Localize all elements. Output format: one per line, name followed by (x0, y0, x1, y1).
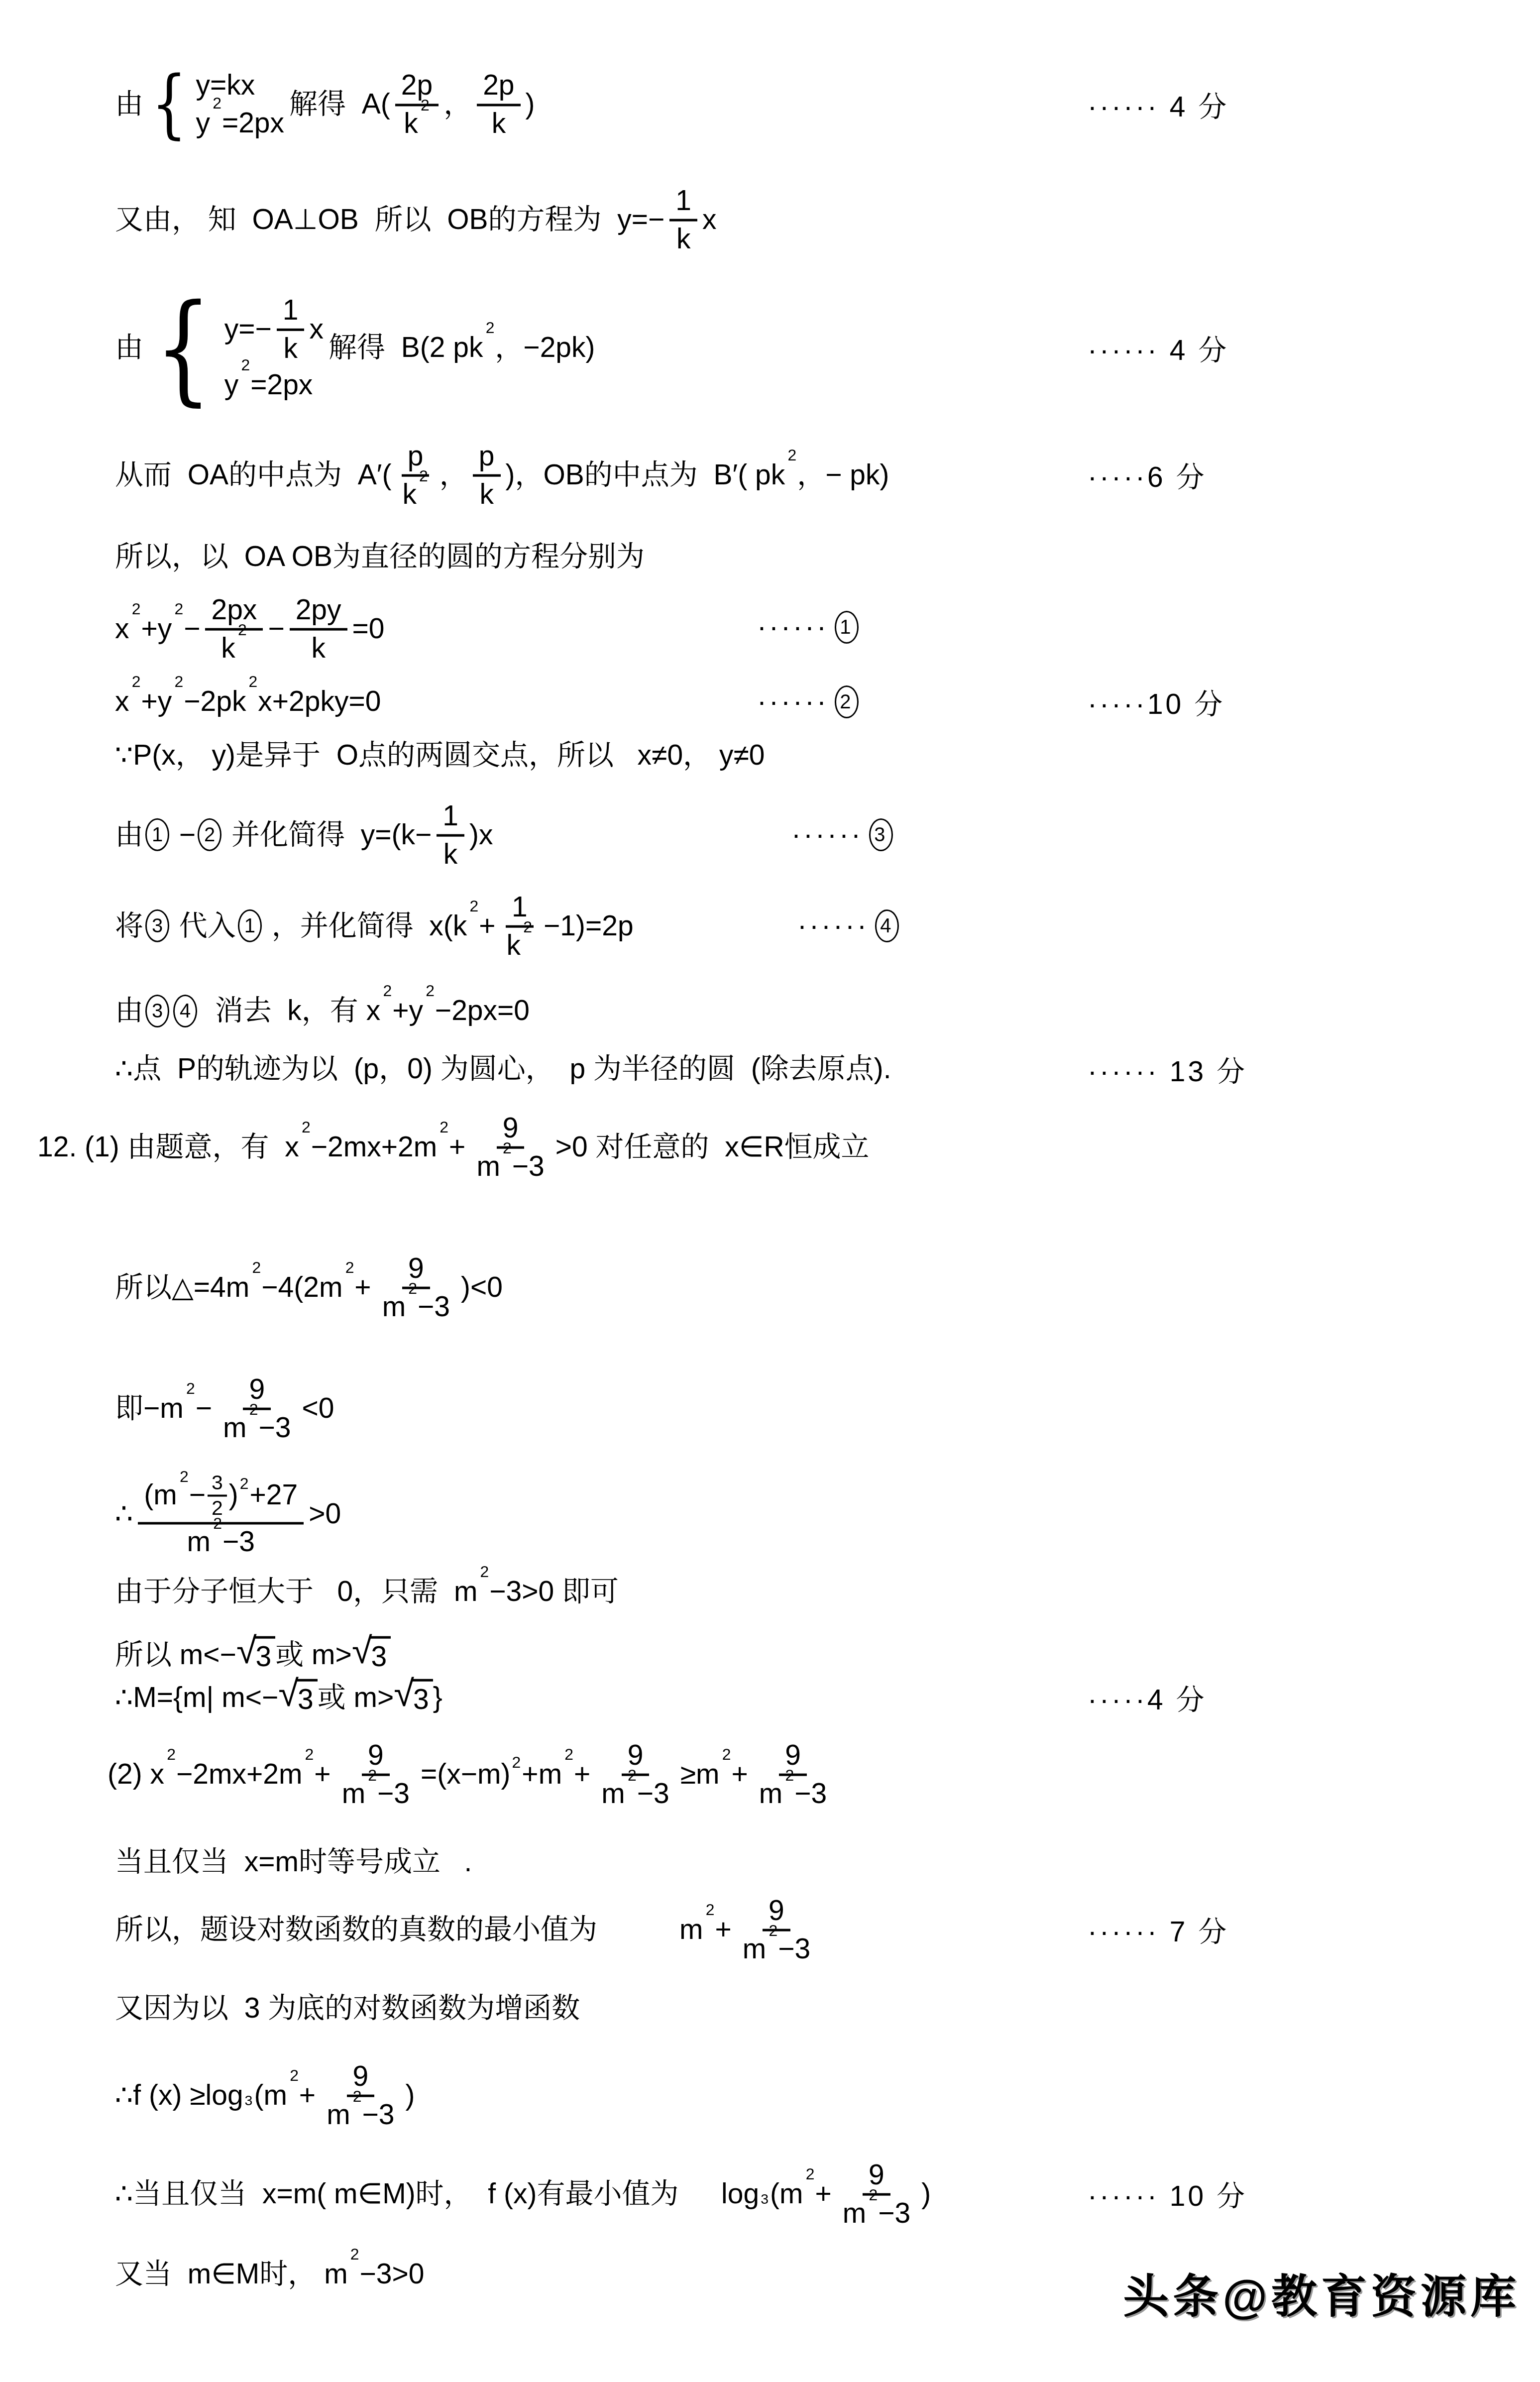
text: −1)=2p (544, 909, 634, 942)
text: ，并化简得 x( (264, 909, 453, 942)
text: ， (440, 458, 468, 491)
math-line: 所以 m<−√3或 m>√3 (115, 1636, 391, 1674)
text: ( (254, 2079, 263, 2112)
text: 即− (115, 1392, 160, 1425)
text: 或 m> (275, 1638, 352, 1671)
text: −2p (184, 685, 232, 718)
math-line: 所以△=4m2−4(2m2+9m2−3)<0 (115, 1253, 503, 1322)
text: log (721, 2177, 759, 2210)
math-line: ∴当且仅当 x=m( m∈M)时， f (x)有最小值为 log3(m2+9m2… (115, 2159, 931, 2229)
math-line: 由于分子恒大于 0，只需 m2−3>0 即可 (115, 1576, 619, 1608)
text: ，− pk) (797, 458, 889, 491)
power: x2 (115, 685, 129, 718)
fraction: pk (473, 441, 501, 510)
fraction: 1k (277, 295, 305, 364)
equation-ref: ······1 (757, 611, 861, 644)
text: −4(2 (261, 1271, 319, 1304)
text: 所以，以 OA OB为直径的圆的方程分别为 (115, 541, 645, 573)
fraction: (m2−32)2+27m2−3 (138, 1471, 304, 1557)
math-line: 从而 OA的中点为 A′(pk2，pk)，OB的中点为 B′( pk2，− pk… (115, 441, 889, 510)
text: −3 (418, 1292, 450, 1322)
text: − (196, 1392, 212, 1425)
fraction: 9m2−3 (737, 1895, 816, 1964)
power: m2 (327, 2100, 350, 2130)
math-line: ∴M={m| m<−√3或 m>√3} (115, 1679, 442, 1716)
power: k2 (404, 110, 418, 139)
circled-number: 3 (145, 909, 169, 942)
text: 由 (115, 995, 143, 1027)
power: m2 (324, 2258, 347, 2291)
power: m2 (414, 1131, 437, 1163)
text: <0 (302, 1392, 334, 1425)
text: 由 (115, 818, 143, 851)
text: ， (443, 88, 472, 121)
circled-number: 3 (145, 995, 169, 1027)
sqrt: √3 (278, 1679, 317, 1716)
exponent: 2 (512, 1755, 521, 1771)
fraction: 9m2−3 (470, 1113, 550, 1182)
power: x2 (150, 1758, 165, 1791)
equation-ref: ······4 (797, 909, 901, 942)
math-line: 由{y=kxy2=2px解得 A(2pk2，2pk) (115, 67, 535, 142)
text: ) (406, 2079, 415, 2112)
text: ∴ (115, 1498, 133, 1531)
score-mark: ·····10 分 (1088, 681, 1225, 722)
fraction: 2pxk2 (205, 594, 263, 664)
power: m2 (153, 1481, 177, 1511)
subscript: 3 (245, 2094, 253, 2108)
text: k (479, 480, 494, 510)
text: − (171, 818, 196, 851)
text: ，−2pk) (495, 332, 595, 364)
text: 由于分子恒大于 0，只需 (115, 1576, 454, 1608)
text: + (815, 2177, 831, 2210)
fraction: 2pyk (290, 594, 347, 664)
text: 解得 A( (289, 88, 390, 121)
text: 又因为以 3 为底的对数函数为增函数 (115, 1992, 580, 2025)
text: ∴点 P的轨迹为以 (p，0) 为圆心， p 为半径的圆 (除去原点). (115, 1053, 891, 1086)
text: x+2pky=0 (258, 685, 381, 718)
text: ≥ (680, 1758, 696, 1791)
fraction: 1k2 (501, 892, 539, 961)
circled-number: 1 (238, 909, 262, 942)
text: =2px (250, 369, 313, 402)
text: 所以，题设对数函数的真数的最小值为 (115, 1913, 597, 1946)
power: m2 (279, 1758, 302, 1791)
document-page: 由{y=kxy2=2px解得 A(2pk2，2pk)又由， 知 OA⊥OB 所以… (0, 0, 1540, 2382)
text: 将 (115, 909, 143, 942)
sqrt: √3 (352, 1636, 391, 1674)
math-line: ∴f (x) ≥log3(m2+9m2−3) (115, 2061, 415, 2130)
fraction: 9m2−3 (321, 2061, 400, 2130)
power: k2 (469, 332, 483, 364)
power: k2 (221, 634, 235, 664)
text: 2py (296, 595, 341, 625)
power: m2 (226, 1271, 249, 1304)
text: 3 (212, 1472, 223, 1493)
fraction: 1k (437, 800, 464, 870)
text: + (141, 612, 157, 645)
score-mark: ·····4 分 (1088, 1677, 1207, 1718)
text: −2mx+2 (311, 1131, 414, 1163)
power: y2 (158, 685, 172, 718)
math-line: 由{y=−1kxy2=2px解得 B(2 pk2，−2pk) (115, 292, 595, 404)
text: } (433, 1681, 442, 1714)
power: k2 (232, 685, 246, 718)
power: x2 (115, 612, 129, 645)
text: ( (770, 2177, 779, 2210)
score-mark: ·····6 分 (1088, 454, 1207, 495)
fraction: 9m2−3 (336, 1740, 416, 1809)
text: k (492, 110, 506, 139)
subscript: 3 (761, 2192, 769, 2207)
equation-system: {y=−1kxy2=2px (145, 292, 324, 404)
text: + (141, 685, 157, 718)
fraction: 9m2−3 (753, 1740, 833, 1809)
math-line: 又当 m∈M时， m2−3>0 (115, 2258, 425, 2291)
circled-number: 1 (145, 818, 169, 851)
math-line: ∴点 P的轨迹为以 (p，0) 为圆心， p 为半径的圆 (除去原点). (115, 1053, 891, 1086)
fraction: 9m2−3 (595, 1740, 675, 1809)
power: m2 (843, 2199, 866, 2229)
text: y=− (224, 313, 272, 345)
text: + (392, 995, 409, 1027)
circled-number: 4 (173, 995, 197, 1027)
text: y=kx (196, 69, 255, 102)
text: + (299, 2079, 316, 2112)
math-line: x2+y2−2pk2x+2pky=0 (115, 685, 381, 718)
score-mark: ······ 4 分 (1088, 84, 1229, 125)
text: + (574, 1758, 590, 1791)
fraction: 32 (208, 1472, 227, 1519)
power: y2 (224, 369, 239, 402)
text: 消去 k，有 (199, 995, 366, 1027)
power: m2 (679, 1913, 703, 1946)
text: 从而 OA的中点为 A′( (115, 458, 391, 491)
text: k (283, 334, 298, 364)
text: −3 (377, 1779, 410, 1809)
text: =(x−m) (421, 1758, 511, 1791)
text: 又由， 知 OA⊥OB 所以 OB的方程为 y=− (115, 203, 664, 236)
text: −3>0 即可 (489, 1576, 619, 1608)
text: −3 (637, 1779, 669, 1809)
power: m2 (759, 1779, 782, 1809)
power: m2 (319, 1271, 342, 1304)
spacer (694, 2194, 721, 2194)
sqrt: √3 (236, 1636, 275, 1674)
fraction: 2pk (477, 70, 520, 139)
text: 由 (115, 88, 143, 121)
fraction: 2pk2 (395, 70, 439, 139)
fraction: pk2 (396, 441, 434, 510)
text: =0 (352, 612, 385, 645)
text: k (443, 840, 458, 870)
text: 代入 (171, 909, 236, 942)
watermark: 头条@教育资源库 (1123, 2260, 1520, 2326)
text: −3 (362, 2100, 395, 2130)
math-line: 所以，题设对数函数的真数的最小值为m2+9m2−3 (115, 1895, 821, 1964)
exponent: 2 (240, 1476, 249, 1492)
score-mark: ······ 13 分 (1088, 1049, 1247, 1090)
text: >0 对任意的 x∈R恒成立 (555, 1131, 870, 1163)
power: m2 (382, 1292, 406, 1322)
sqrt: √3 (394, 1679, 433, 1716)
text: ) (229, 1481, 238, 1511)
text: ∴f (x) ≥log (115, 2079, 243, 2112)
text: 由 (115, 332, 143, 364)
text: + (522, 1758, 538, 1791)
text: 并化简得 y=(k− (223, 818, 432, 851)
math-line: (2) x2−2mx+2m2+9m2−3=(x−m)2+m2+9m2−3≥m2+… (108, 1740, 838, 1809)
text: 12. (1) 由题意，有 (37, 1131, 285, 1163)
math-line: 又由， 知 OA⊥OB 所以 OB的方程为 y=−1kx (115, 185, 717, 254)
math-line: 由1 −2 并化简得 y=(k−1k)x (115, 800, 493, 870)
math-line: x2+y2−2pxk2−2pyk=0 (115, 594, 385, 664)
text: −3 (878, 2199, 910, 2229)
text: + (731, 1758, 748, 1791)
fraction: 9m2−3 (837, 2159, 916, 2229)
text: (2) (108, 1758, 150, 1791)
power: m2 (454, 1576, 477, 1608)
text: 解得 B(2 p (329, 332, 469, 364)
math-line: ∵P(x， y)是异于 O点的两圆交点，所以 x≠0， y≠0 (115, 739, 765, 772)
text: −3 (222, 1528, 255, 1558)
text: − (184, 612, 200, 645)
text: + (449, 1131, 465, 1163)
text: 2p (483, 71, 514, 101)
power: m2 (342, 1779, 365, 1809)
math-line: 由34 消去 k，有 x2+y2−2px=0 (115, 995, 530, 1027)
equation-ref: ······3 (791, 818, 895, 851)
text: −3>0 (360, 2258, 425, 2291)
power: k2 (771, 458, 785, 491)
math-line: 又因为以 3 为底的对数函数为增函数 (115, 1992, 580, 2025)
power: y2 (409, 995, 423, 1027)
power: m2 (160, 1392, 183, 1425)
score-mark: ······ 10 分 (1088, 2173, 1247, 2214)
brace-icon: { (155, 294, 212, 402)
text: + (715, 1913, 731, 1946)
math-line: 当且仅当 x=m时等号成立 . (115, 1846, 472, 1879)
text: − (189, 1481, 206, 1511)
power: k2 (402, 480, 417, 510)
text: ∵P(x， y)是异于 O点的两圆交点，所以 x≠0， y≠0 (115, 739, 765, 772)
text: )x (469, 818, 493, 851)
text: 1 (442, 801, 458, 831)
spacer (597, 1929, 679, 1930)
text: )，OB的中点为 B′( p (506, 458, 771, 491)
text: −2mx+2 (176, 1758, 279, 1791)
text: ∴当且仅当 x=m( m∈M)时， f (x)有最小值为 (115, 2177, 694, 2210)
fraction: 1k (669, 185, 697, 254)
math-line: 将3 代入1 ，并化简得 x(k2+1k2−1)=2p (115, 892, 634, 961)
text: p (479, 442, 495, 471)
math-line: 即−m2−9m2−3<0 (115, 1374, 334, 1443)
power: m2 (187, 1528, 211, 1558)
text: + (314, 1758, 330, 1791)
equation-system: {y=kxy2=2px (145, 67, 284, 142)
text: 1 (675, 186, 691, 216)
text: 或 m> (318, 1681, 394, 1714)
power: m2 (476, 1152, 500, 1182)
power: y2 (196, 107, 210, 140)
equation-ref: ······2 (757, 685, 861, 718)
text: −3 (794, 1779, 827, 1809)
text: 1 (283, 296, 299, 326)
power: m2 (539, 1758, 562, 1791)
text: 所以 m<− (115, 1638, 236, 1671)
power: m2 (223, 1413, 246, 1443)
power: m2 (263, 2079, 287, 2112)
score-mark: ······ 4 分 (1088, 328, 1229, 368)
power: k2 (507, 931, 521, 961)
text: 当且仅当 x=m时等号成立 . (115, 1846, 472, 1879)
math-line: 所以，以 OA OB为直径的圆的方程分别为 (115, 541, 645, 573)
brace-icon: { (151, 71, 187, 138)
score-mark: ······ 7 分 (1088, 1909, 1229, 1950)
power: m2 (743, 1934, 766, 1964)
text: 又当 m∈M时， (115, 2258, 324, 2291)
text: =2px (222, 107, 284, 140)
text: − (268, 612, 284, 645)
text: −3 (512, 1152, 545, 1182)
text: 所以△=4 (115, 1271, 226, 1304)
text: −3 (778, 1934, 810, 1964)
math-line: 12. (1) 由题意，有 x2−2mx+2m2+9m2−3>0 对任意的 x∈… (37, 1113, 870, 1182)
fraction: 9m2−3 (376, 1253, 456, 1322)
text: + (354, 1271, 371, 1304)
power: x2 (285, 1131, 299, 1163)
text: k (311, 634, 326, 664)
circled-number: 2 (198, 818, 221, 851)
text: k (676, 225, 691, 254)
fraction: 9m2−3 (217, 1374, 297, 1443)
power: x2 (366, 995, 381, 1027)
text: ( (144, 1481, 153, 1511)
text: 2px (211, 595, 257, 625)
text: + (479, 909, 495, 942)
power: m2 (779, 2177, 803, 2210)
text: −2px=0 (435, 995, 530, 1027)
text: ) (526, 88, 535, 121)
power: y2 (158, 612, 172, 645)
text: ) (921, 2177, 931, 2210)
power: m2 (696, 1758, 719, 1791)
power: m2 (601, 1779, 625, 1809)
text: +27 (250, 1481, 298, 1511)
text: −3 (258, 1413, 291, 1443)
text: ∴M={m| m<− (115, 1681, 278, 1714)
text: x (309, 313, 324, 345)
text: >0 (309, 1498, 341, 1531)
math-line: ∴(m2−32)2+27m2−3>0 (115, 1471, 341, 1557)
text: )<0 (461, 1271, 503, 1304)
text: x (702, 203, 717, 236)
power: k2 (453, 909, 467, 942)
